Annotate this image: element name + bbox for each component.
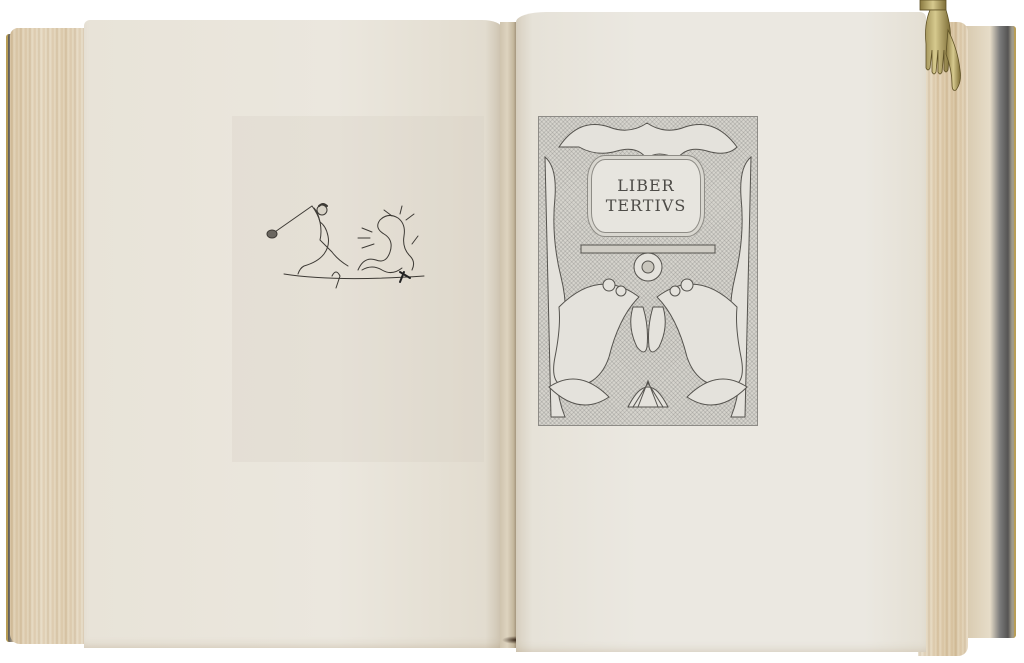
brass-hand-bookmark-icon <box>906 0 966 96</box>
plate-title-line-1: LIBER <box>617 176 674 196</box>
title-cartouche: LIBER TERTIVS <box>591 159 701 233</box>
left-page-edges <box>10 28 90 644</box>
open-book-photo: LIBER TERTIVS <box>0 0 1024 663</box>
liber-tertius-plate: LIBER TERTIVS <box>538 116 758 426</box>
plate-title-line-2: TERTIVS <box>606 196 687 216</box>
hercules-hydra-illustration <box>262 192 438 292</box>
left-page <box>84 20 502 648</box>
right-cover <box>960 26 1016 638</box>
